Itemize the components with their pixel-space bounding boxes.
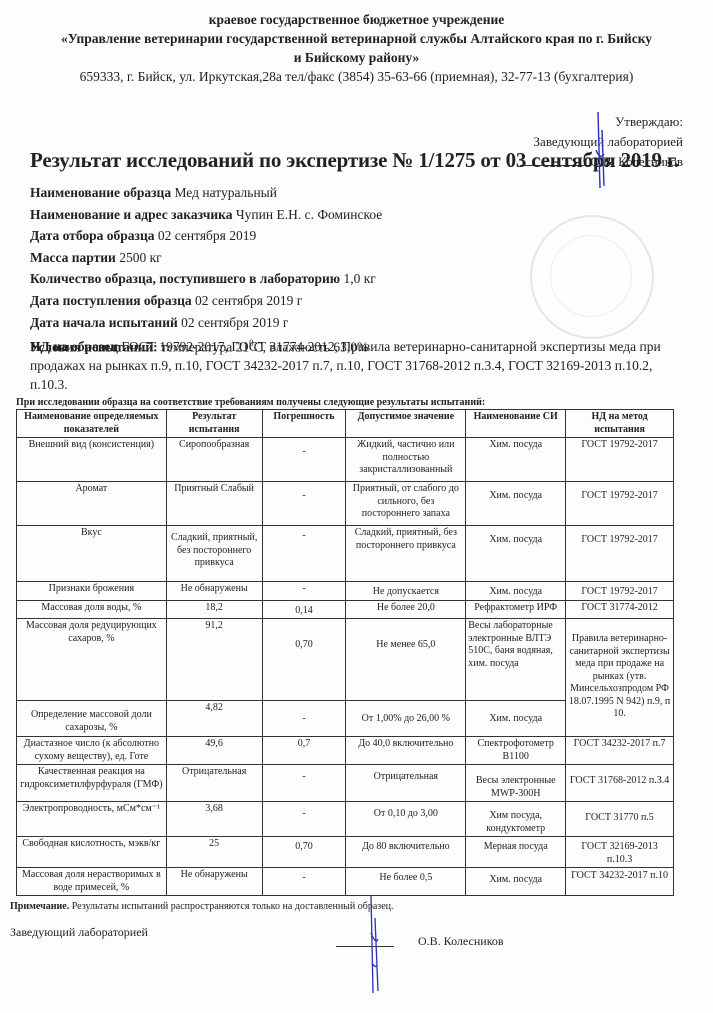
col-header-indicator: Наименование определяемых показателей [17,410,167,438]
field-customer: Наименование и адрес заказчика Чупин Е.Н… [30,204,690,226]
org-address: 659333, г. Бийск, ул. Иркутская,28а тел/… [0,67,713,86]
org-name-line1: «Управление ветеринарии государственной … [0,29,713,48]
footer-signature-icon [366,893,386,998]
table-row: Признаки брожения Не обнаружены - Не доп… [17,582,674,601]
col-header-allowed: Допустимое значение [346,410,466,438]
table-caption: При исследовании образца на соответствие… [16,397,485,408]
table-row: Массовая доля нерастворимых в воде приме… [17,868,674,896]
results-table: Наименование определяемых показателей Ре… [16,409,674,896]
table-row: Качественная реакция на гидроксиметилфур… [17,765,674,802]
table-row: Свободная кислотность, мэкв/кг 25 0,70 Д… [17,837,674,868]
col-header-instrument: Наименование СИ [466,410,566,438]
table-header-row: Наименование определяемых показателей Ре… [17,410,674,438]
note-text: Результаты испытаний распространяются то… [72,901,394,912]
col-header-error: Погрешность [262,410,346,438]
table-row: Массовая доля редуцирующих сахаров, % 91… [17,619,674,701]
field-sample-name: Наименование образца Мед натуральный [30,182,690,204]
table-row: Внешний вид (консистенция) Сиропообразна… [17,438,674,482]
org-header: краевое государственное бюджетное учрежд… [0,10,713,86]
field-test-start-date: Дата начала испытаний 02 сентября 2019 г [30,312,690,334]
note-label: Примечание. [10,901,69,912]
field-receipt-date: Дата поступления образца 02 сентября 201… [30,290,690,312]
col-header-result: Результат испытания [166,410,262,438]
note: Примечание. Результаты испытаний распрос… [10,901,394,912]
table-row: Аромат Приятный Слабый - Приятный, от сл… [17,482,674,526]
page-title: Результат исследований по экспертизе № 1… [30,148,679,173]
footer-position: Заведующий лабораторией [10,925,148,940]
org-type: краевое государственное бюджетное учрежд… [0,10,713,29]
col-header-method: НД на метод испытания [566,410,674,438]
table-row: Массовая доля воды, % 18,2 0,14 Не более… [17,600,674,619]
table-row: Диастазное число (к абсолютно сухому вещ… [17,737,674,765]
org-name-line2: и Бийскому району» [0,48,713,67]
field-nd: НД на образец ГОСТ 19792-2017, ГОСТ 3177… [30,337,690,394]
field-sample-quantity: Количество образца, поступившего в лабор… [30,268,690,290]
approval-signature-icon [592,110,612,190]
table-row: Электропроводность, мСм*см⁻¹ 3,68 - От 0… [17,802,674,837]
footer-name: О.В. Колесников [418,934,504,949]
table-row: Вкус Сладкий, приятный, без постороннего… [17,526,674,582]
sample-fields: Наименование образца Мед натуральный Наи… [30,182,690,358]
field-sampling-date: Дата отбора образца 02 сентября 2019 [30,225,690,247]
field-batch-mass: Масса партии 2500 кг [30,247,690,269]
